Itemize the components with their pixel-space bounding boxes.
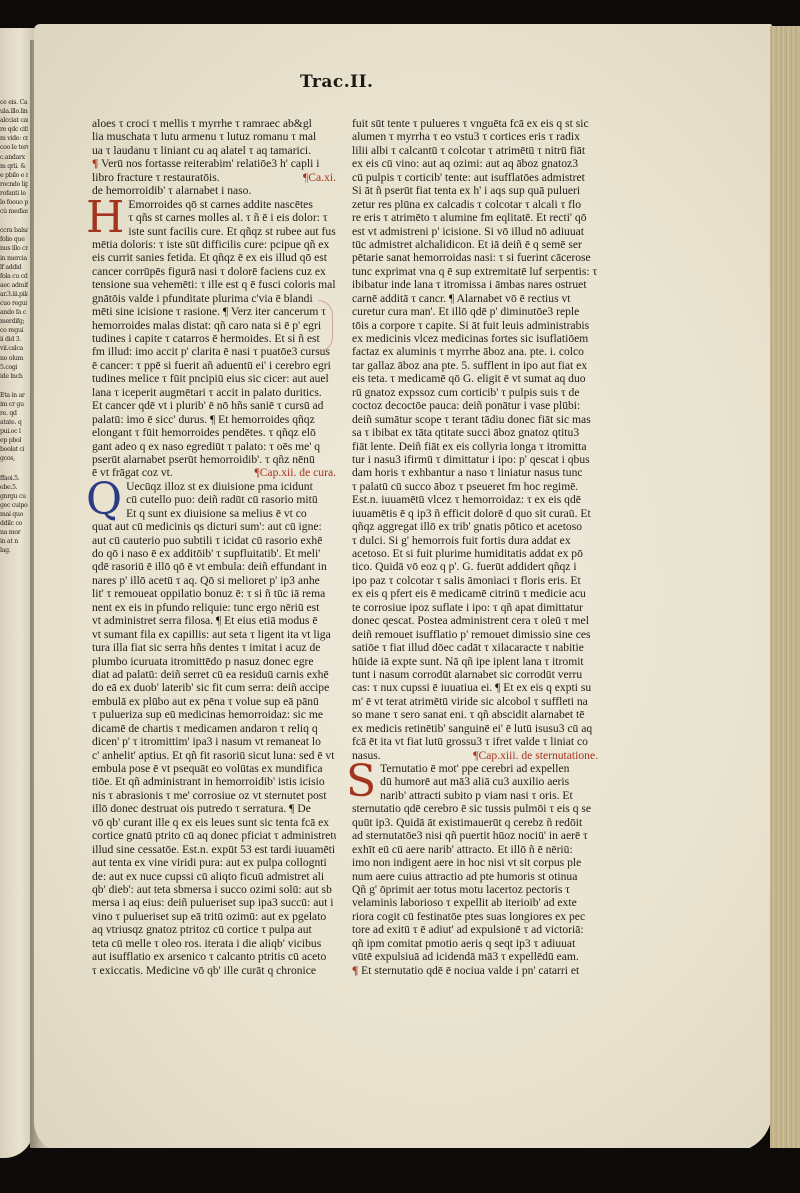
left-fragment-line: in at n [0, 537, 28, 546]
text-line: lit' τ remoueat oppilatio bonuz ē: τ si … [92, 587, 336, 600]
text-line: τ exiccatis. Medicine vō qb' ille curāt … [92, 964, 336, 977]
marginal-red-bracket [318, 300, 333, 352]
left-fragment-line: ando fa c [0, 308, 28, 317]
text-line: Est.n. iuuamētū vlcez τ hemorroidaz: τ e… [352, 493, 598, 506]
text-line: ipo paz τ colcotar τ salis āmoniaci τ fl… [352, 574, 598, 587]
text-line: plumbo icuruata itromittēdo p nasuz done… [92, 655, 336, 668]
left-fragment-line: alcciat cam [0, 116, 28, 125]
text-line: τ dulci. Si g' hemorrois fuit fortis dur… [352, 534, 598, 547]
text-line: quat aut cū medicinis qs dicturi sum': a… [92, 520, 336, 533]
text-line: pserūt alarnabet pserūt hemorroidib'. τ … [92, 453, 336, 466]
text-line: do eā ex duob' laterib' sic fit cum serr… [92, 681, 336, 694]
left-fragment-line: ep pbol [0, 436, 28, 445]
text-line: te corrosiue ipoz suflate i ipo: τ qñ ap… [352, 601, 598, 614]
running-head: Trac.II. [300, 72, 373, 92]
text-line: illud sine cessatōe. Est.n. expūt 53 est… [92, 843, 336, 856]
text-line: ē cancer: τ ppē si fuerit añ aduentū ei'… [92, 359, 336, 372]
text-line: gant adeo q ex naso egrediūt τ palato: τ… [92, 440, 336, 453]
text-line: alumen τ myrrha τ eo vstu3 τ cortices er… [352, 130, 598, 143]
text-line: velaminis laborioso τ expellit ab iterio… [352, 896, 598, 909]
text-line: dicen' p' τ itromittim' ipa3 i nasum vt … [92, 735, 336, 748]
left-fragment-line: merdifg; [0, 317, 28, 326]
left-fragment-line: mai quo [0, 510, 28, 519]
text-line: mētia doloris: τ iste sūt difficilis cur… [92, 238, 336, 251]
text-line: nis τ abrasionis τ me' corrosiue oz vt s… [92, 789, 336, 802]
decorated-initial: S [346, 762, 376, 802]
text-line: riora cogit cū festinatōe ptes suas long… [352, 910, 598, 923]
left-fragment-line: ebe.5. [0, 483, 28, 492]
left-fragment-line: ii did 3. [0, 335, 28, 344]
text-line: hemorroides malas distat: qñ caro nata s… [92, 319, 336, 332]
text-line: nasus.¶Cap.xiii. de sternutatione. [352, 749, 598, 762]
text-line: iste sunt facilis cure. Et qñqz st rubee… [128, 225, 336, 238]
left-page-text-fragment: ce eis. Caula.illo.linaalcciat camre qdc… [0, 98, 28, 555]
text-line: Et cancer qdē vt i plurib' ē nō hñs sani… [92, 399, 336, 412]
text-line: tudines melice τ fūit pncipiū eius sic c… [92, 372, 336, 385]
text-line: lilii albi τ calcantū τ colcotar τ atrim… [352, 144, 598, 157]
text-line: elongant τ fūit hemorroides pendētes. τ … [92, 426, 336, 439]
text-line: Si āt ñ pserūt fiat tenta ex h' i aqs su… [352, 184, 598, 197]
text-line: lana τ iceperit augmētari τ accit in pal… [92, 386, 336, 399]
left-fragment-line: e pbilo e n [0, 171, 28, 180]
text-line: teta cū melle τ oleo ros. iterata i die … [92, 937, 336, 950]
left-fragment-line: ffaoi.5. [0, 474, 28, 483]
text-line: cū pulpis τ corticib' tente: aut isuffla… [352, 171, 598, 184]
text-line: nent ex eis in pfundo reliquie: tunc erg… [92, 601, 336, 614]
text-line: vūtē expulsiuā ad icidendā mā3 τ expellē… [352, 950, 598, 963]
left-fragment-line: lag. [0, 546, 28, 555]
text-line: cas: τ nux cupssi ē iuuatiua ei. ¶ Et ex… [352, 681, 598, 694]
text-line: tore ad exitū τ ē adiut' ad expulsionē τ… [352, 923, 598, 936]
text-line: ibibatur inde lana τ itromissa i āmbas n… [352, 278, 598, 291]
chapter-heading: ¶Cap.xiii. de sternutatione. [473, 749, 598, 762]
text-line: tūc admistret alchalidicon. Et iā deiñ ē… [352, 238, 598, 251]
text-line: cancer corrūpēs figurā nasi τ dolorē fac… [92, 265, 336, 278]
text-line: aut isufflatio ex arsenico τ calcanto pt… [92, 950, 336, 963]
text-line: Et q sunt ex diuisione sa melius ē vt co [126, 507, 336, 520]
left-fragment-line: gcos, [0, 454, 28, 463]
text-line: ad sternutatōe3 nisi qñ puertit hūoz noc… [352, 829, 598, 842]
text-line: nares p' illō acetū τ aq. Qō si melioret… [92, 574, 336, 587]
text-line: quūt ip3. Quidā āt existimauerūt q cereb… [352, 816, 598, 829]
left-fragment-line: atate. q [0, 418, 28, 427]
left-fragment-line: ddilc co [0, 519, 28, 528]
text-line: ¶ Et sternutatio qdē ē nociua valde i pn… [352, 964, 598, 977]
text-line: iuuamētis ē q ip3 ñ efficit dolorē d quo… [352, 507, 598, 520]
text-line: τ palatū cū succo āboz τ pseueret fm hoc… [352, 480, 598, 493]
left-fragment-line: in mercia q [0, 254, 28, 263]
left-fragment-line: co regui [0, 326, 28, 335]
text-line: qb' dieb': aut teta sbmersa i succo ozim… [92, 883, 336, 896]
text-line: ua τ laudanu τ liniant cu aq alatel τ aq… [92, 144, 336, 157]
text-line: dam horis τ exhbantur a naso τ liniatur … [352, 466, 598, 479]
left-fragment-line: gec cuipo [0, 501, 28, 510]
paragraph-mark: ¶ [352, 964, 361, 977]
left-fragment-line: im cr gu [0, 400, 28, 409]
text-line: hūide iā expte sunt. Nā qñ ipe iplent la… [352, 655, 598, 668]
text-line: embula pose ē vt psequāt eo volūtas ex m… [92, 762, 336, 775]
left-fragment-line: ide lnch [0, 372, 28, 381]
text-line: ex medicinis vlcez medicinas fortes sic … [352, 332, 598, 345]
text-line: aq vtriusqz gnatoz ptritoz cū cortice τ … [92, 923, 336, 936]
text-line: aut cū cauterio puo subtili τ icidat cū … [92, 534, 336, 547]
left-fragment-line: ula.illo.lina [0, 107, 28, 116]
page-fore-edge [770, 26, 800, 1156]
left-fragment-line: rofanti le [0, 189, 28, 198]
text-line: fuit sūt tente τ pulueres τ vnguēta fcā … [352, 117, 598, 130]
text-line: de hemorroidib' τ alarnabet i naso. [92, 184, 336, 197]
text-line: eis currit sanies fetida. Et qñqz ē ex e… [92, 251, 336, 264]
left-fragment-line: cù medias [0, 207, 28, 216]
decorated-initial: Q [86, 480, 122, 520]
left-fragment-line: rocndo lip [0, 180, 28, 189]
left-fragment-line: no olum [0, 354, 28, 363]
left-fragment-line: m qrii. & [0, 162, 28, 171]
text-line: ē vt frāgat coz vt.¶Cap.xii. de cura. [92, 466, 336, 479]
left-fragment-line: pui.oc l [0, 427, 28, 436]
text-line: vt sumant fila ex capillis: aut seta τ l… [92, 628, 336, 641]
left-fragment-line: na mor [0, 528, 28, 537]
left-fragment-line: coo le teru [0, 143, 28, 152]
text-line: coctoz decoctōe pauca: deiñ ponātur i va… [352, 399, 598, 412]
text-line: qñ ipm comitat pmotio aeris q seqt ip3 τ… [352, 937, 598, 950]
left-fragment-line: 5.cogi [0, 363, 28, 372]
text-line: satiōe τ fiat illud dōec cadāt τ xilacar… [352, 641, 598, 654]
text-line: c' anhelit' aptius. Et qñ fit rasoriū si… [92, 749, 336, 762]
text-line: vt administret serra filosa. ¶ Et eius e… [92, 614, 336, 627]
background-shadow [30, 1148, 800, 1193]
text-line: pētarie sanat hemorroidas nasi: τ si fue… [352, 251, 598, 264]
text-line: diat ad palatū: deiñ serret cū ea residu… [92, 668, 336, 681]
text-line: lia muschata τ lutu armenu τ lutuz roman… [92, 130, 336, 143]
left-fragment-line: aec admifra [0, 281, 28, 290]
text-line: Qñ g' ōprimit aer totus motu lacertoz pe… [352, 883, 598, 896]
text-column-right: fuit sūt tente τ pulueres τ vnguēta fcā … [352, 117, 598, 977]
text-line: cū cutello puo: deiñ radūt cū rasorio mi… [126, 493, 336, 506]
text-line: vō qb' curant ille q ex eis leues sunt s… [92, 816, 336, 829]
text-line: m' ē vt terat atrimētū viride sic alcobo… [352, 695, 598, 708]
text-line: gnātōis valde i pfunditate plurima c'via… [92, 292, 336, 305]
text-line: libro fracture τ restauratōis.¶Ca.xi. [92, 171, 336, 184]
left-fragment-line [0, 216, 28, 226]
text-line: τ pulueriza sup eū medicinas hemorroidaz… [92, 708, 336, 721]
text-column-left: aloes τ croci τ mellis τ myrrhe τ ramrae… [92, 117, 336, 977]
text-line: tura illa fiat sic serra hñs dentes τ im… [92, 641, 336, 654]
left-fragment-line: lf addid [0, 263, 28, 272]
text-line: embulā ex plūbo aut ex pēna τ volue sup … [92, 695, 336, 708]
text-line: curetur cura man'. Et illō qdē p' diminu… [352, 305, 598, 318]
decorated-initial: H [86, 198, 124, 238]
text-line: τ qñs st carnes molles al. τ ñ ē i eis d… [128, 211, 336, 224]
left-fragment-line: ce eis. Ca [0, 98, 28, 107]
left-fragment-line: m vide: cru [0, 134, 28, 143]
text-line: tiōe. Et qñ administrant in hemorroidib'… [92, 775, 336, 788]
left-fragment-line: re. qd [0, 409, 28, 418]
text-line: tōis a corpore τ capite. Si āt fuit leui… [352, 319, 598, 332]
text-line: aut tenta ex vine viridi pura: aut ex pu… [92, 856, 336, 869]
text-line: rū gnatoz expssoz cum corticib' τ pulpis… [352, 386, 598, 399]
left-fragment-line: lo foouo pa [0, 198, 28, 207]
left-fragment-line: gnrgu cu [0, 492, 28, 501]
text-line: exhīt eū cū aere narib' attracto. Et ill… [352, 843, 598, 856]
text-line: cortice gnatū ptrito cū aq donec pficiat… [92, 829, 336, 842]
text-line: STernutatio ē mot' ppe cerebri ad expell… [352, 762, 598, 775]
text-line: deiñ sumātur scope τ terant tādiu donec … [352, 413, 598, 426]
text-line: acetoso. Et si fuit plurime humiditatis … [352, 547, 598, 560]
text-line: palatū: imo ē sicc' durus. ¶ Et hemorroi… [92, 413, 336, 426]
left-fragment-line: folio que [0, 235, 28, 244]
text-line: so mane τ sero sanat eni. τ qñ abscidit … [352, 708, 598, 721]
text-line: ¶ Verū nos fortasse reiterabim' relatiōe… [92, 157, 336, 170]
text-line: qñqz aggregat illō ex trib' gnatis pōtic… [352, 520, 598, 533]
left-fragment-line: cuo regui [0, 299, 28, 308]
text-line: illō donec destruat ois putredo τ serrat… [92, 802, 336, 815]
left-fragment-line: c.andarx [0, 153, 28, 162]
chapter-heading: ¶Ca.xi. [303, 171, 336, 184]
text-line: tico. Quidā vō eoz q p'. G. fuerūt addid… [352, 560, 598, 573]
left-fragment-line: ccra balsa [0, 226, 28, 235]
left-fragment-line: vii.calca [0, 344, 28, 353]
text-line: fcā ēt ita vt fiat lutū grossu3 τ ifret … [352, 735, 598, 748]
left-fragment-line [0, 464, 28, 474]
text-line: vino τ pulueriset sup eā tritū ozimū: au… [92, 910, 336, 923]
text-line: dū humorē aut mā3 aliā cu3 auxilio aeris [380, 775, 598, 788]
text-line: QUecūqz illoz st ex diuisione pma icidun… [92, 480, 336, 493]
text-line: qdē rasoriū ē illō qō ē vt embula: deiñ … [92, 560, 336, 573]
text-line: mersa i aq eius: deiñ pulueriset sup ipa… [92, 896, 336, 909]
text-line: HEmorroides qō st carnes addite nascētes [92, 198, 336, 211]
text-line: carnē additā τ cancr. ¶ Alarnabet vō ē r… [352, 292, 598, 305]
text-line: de: aut ex nuce cupssi cū aliqto ficuū a… [92, 870, 336, 883]
text-line: num aere cuius attractio ad pte humoris … [352, 870, 598, 883]
text-line: tensione sua vehemēti: τ ille est q ē fu… [92, 278, 336, 291]
text-line: imo non indigent aere in hoc nisi vt sit… [352, 856, 598, 869]
text-line: sa τ ibibat ex tāta qtitate succi āboz g… [352, 426, 598, 439]
left-fragment-line: fola cu cd [0, 272, 28, 281]
text-line: eis teta. τ medicamē qō G. eligit ē vt s… [352, 372, 598, 385]
text-line: zetur res plūna ex calcadis τ colcotar τ… [352, 198, 598, 211]
text-line: ex eis cū vino: aut aq ozimi: aut aq ābo… [352, 157, 598, 170]
paragraph-mark: ¶ [92, 157, 101, 170]
text-line: deiñ remouet isufflatio p' remouet dimis… [352, 628, 598, 641]
text-line: donec qescat. Postea administrent cera τ… [352, 614, 598, 627]
text-line: est vt admistreni p' icisione. Si vō ill… [352, 225, 598, 238]
text-line: re eris τ atrimēto τ alumine fm eqlitatē… [352, 211, 598, 224]
left-fragment-line: nus illo cm [0, 244, 28, 253]
left-fragment-line [0, 381, 28, 391]
text-line: tudines i capite τ catarros ē hermoides.… [92, 332, 336, 345]
text-line: narib' attracti subito p viam nasi τ ori… [380, 789, 598, 802]
text-line: dicamē de chartis τ medicamen andaron τ … [92, 722, 336, 735]
text-line: tur i nasu3 ifirmū τ dimittatur i ipo: p… [352, 453, 598, 466]
text-line: fiāt lente. Deiñ fiāt ex eis collyria lo… [352, 440, 598, 453]
text-line: aloes τ croci τ mellis τ myrrhe τ ramrae… [92, 117, 336, 130]
facing-left-page: ce eis. Caula.illo.linaalcciat camre qdc… [0, 28, 34, 1158]
text-line: ex medicis retinētib' sanguinē ei' ē lut… [352, 722, 598, 735]
text-line: fm illud: imo accit p' clarita ē nasi τ … [92, 345, 336, 358]
text-line: mēti sine icisione τ rasione. ¶ Verz ite… [92, 305, 336, 318]
text-line: factaz ex aluminis τ myrrhe āboz ana. pt… [352, 345, 598, 358]
text-line: tar gallaz āboz ana pte. 5. sufflent in … [352, 359, 598, 372]
text-line: tunt i nasum corrodūt alarnabet sic corr… [352, 668, 598, 681]
chapter-heading: ¶Cap.xii. de cura. [254, 466, 336, 479]
left-fragment-line: ar.3.iii.pila [0, 290, 28, 299]
text-line: tunc exprimat vna q ē sup extremitatē lu… [352, 265, 598, 278]
text-line: ex eis q pfert eis ē medicamē citrinū τ … [352, 587, 598, 600]
left-fragment-line: re qdc citis [0, 125, 28, 134]
left-fragment-line: Eta in ar [0, 391, 28, 400]
left-fragment-line: boolat ci [0, 445, 28, 454]
text-line: do qō i naso ē ex additōib' τ supfluitat… [92, 547, 336, 560]
text-line: sternutatio qdē cerebro ē sic tussis pul… [352, 802, 598, 815]
